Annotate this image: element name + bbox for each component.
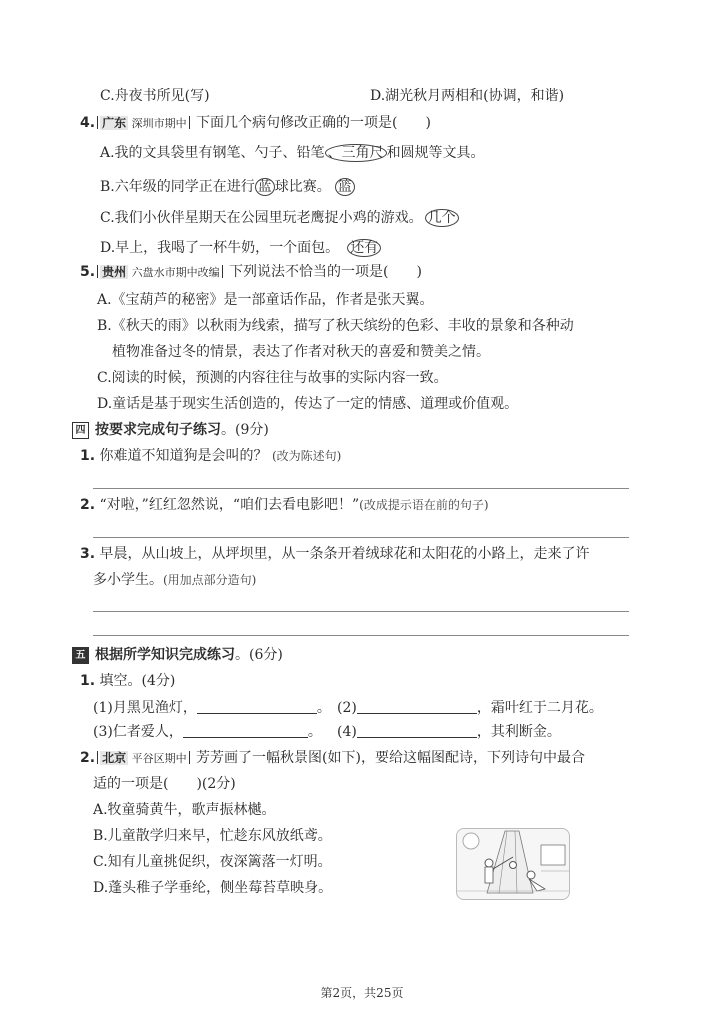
question-number: 4.: [80, 115, 95, 131]
q5-option-d: D.童话是基于现实生活创造的，传达了一定的情感、道理或价值观。: [97, 394, 518, 414]
s5-q1: 1. 填空。(4分): [80, 671, 175, 691]
option-c-prev: C.舟夜书所见(写): [100, 86, 210, 106]
source-tag: 六盘水市期中改编: [132, 266, 220, 279]
s5-q2-option-c: C.知有儿童挑促织，夜深篱落一灯明。: [93, 852, 332, 872]
q4-option-d: D.早上，我喝了一杯牛奶，一个面包。还有: [100, 238, 381, 258]
question-5-stem: 5.贵州 六盘水市期中改编 下列说法不恰当的一项是( ): [80, 262, 422, 283]
fill-blank-4: (4)，其利断金。: [337, 722, 561, 742]
answer-line[interactable]: [93, 611, 629, 612]
fill-blank-3: (3)仁者爱人，。: [93, 722, 322, 742]
page-number-footer: 第2页，共25页: [0, 984, 724, 1001]
s4-item-2: 2. “对啦，”红红忽然说，“咱们去看电影吧！”(改成提示语在前的句子): [80, 495, 489, 515]
section-number-badge: 四: [72, 422, 89, 439]
s5-q2-option-d: D.蓬头稚子学垂纶，侧坐莓苔草映身。: [93, 878, 332, 898]
q4-option-a: A.我的文具袋里有钢笔、勺子、铅笔、三角尺和圆规等文具。: [100, 143, 485, 163]
blank-input[interactable]: [357, 723, 477, 738]
option-d-prev: D.湖光秋月两相和(协调，和谐): [370, 86, 564, 106]
fill-blank-1: (1)月黑见渔灯，。: [93, 698, 331, 718]
s5-q2-stem: 2.北京 平谷区期中 芳芳画了一幅秋景图(如下)，要给这幅图配诗，下列诗句中最合: [80, 748, 585, 769]
autumn-scene-illustration: [456, 828, 570, 900]
correction-mark: 蓝: [255, 178, 275, 196]
section-4-heading: 四按要求完成句子练习。(9分): [72, 420, 269, 440]
blank-input[interactable]: [183, 723, 308, 738]
correction-mark: 、三角尺: [325, 144, 387, 162]
q4-option-c: C.我们小伙伴星期天在公园里玩老鹰捉小鸡的游戏。几个: [100, 208, 459, 228]
section-5-heading: 五根据所学知识完成练习。(6分): [72, 645, 283, 665]
q5-option-b-cont: 植物准备过冬的情景，表达了作者对秋天的喜爱和赞美之情。: [112, 342, 490, 362]
s5-q2-option-a: A.牧童骑黄牛，歌声振林樾。: [93, 800, 276, 820]
s5-q2-stem-cont: 适的一项是( )(2分): [93, 774, 236, 794]
s4-item-1: 1. 你难道不知道狗是会叫的？ (改为陈述句): [80, 446, 341, 466]
answer-line[interactable]: [93, 635, 629, 636]
q4-option-b: B.六年级的同学正在进行蓝球比赛。篮: [100, 177, 355, 197]
source-tag: 深圳市期中: [132, 117, 187, 130]
answer-line[interactable]: [93, 488, 629, 489]
q5-option-b: B.《秋天的雨》以秋雨为线索，描写了秋天缤纷的色彩、丰收的景象和各种动: [97, 316, 574, 336]
region-tag: 贵州: [100, 265, 128, 279]
s4-item-3-cont: 多小学生。(用加点部分造句): [93, 570, 256, 590]
blank-input[interactable]: [197, 699, 317, 714]
fill-blank-2: (2)，霜叶红于二月花。: [337, 698, 603, 718]
q5-option-a: A.《宝葫芦的秘密》是一部童话作品，作者是张天翼。: [97, 290, 434, 310]
section-number-badge: 五: [72, 647, 89, 664]
s5-q2-option-b: B.儿童散学归来早，忙趁东风放纸鸢。: [93, 826, 332, 846]
s4-item-3: 3. 早晨，从山坡上，从坪坝里，从一条条开着绒球花和太阳花的小路上，走来了许: [80, 544, 590, 564]
source-tag: 平谷区期中: [132, 752, 187, 765]
question-4-stem: 4.广东 深圳市期中 下面几个病句修改正确的一项是( ): [80, 113, 431, 134]
answer-line[interactable]: [93, 537, 629, 538]
question-text: 下面几个病句修改正确的一项是( ): [196, 115, 431, 131]
region-tag: 北京: [100, 751, 128, 765]
q5-option-c: C.阅读的时候，预测的内容往往与故事的实际内容一致。: [97, 368, 448, 388]
blank-input[interactable]: [357, 699, 477, 714]
correction-note: 篮: [335, 178, 355, 196]
correction-note: 几个: [425, 209, 459, 227]
correction-note: 还有: [347, 239, 381, 257]
region-tag: 广东: [100, 116, 128, 130]
